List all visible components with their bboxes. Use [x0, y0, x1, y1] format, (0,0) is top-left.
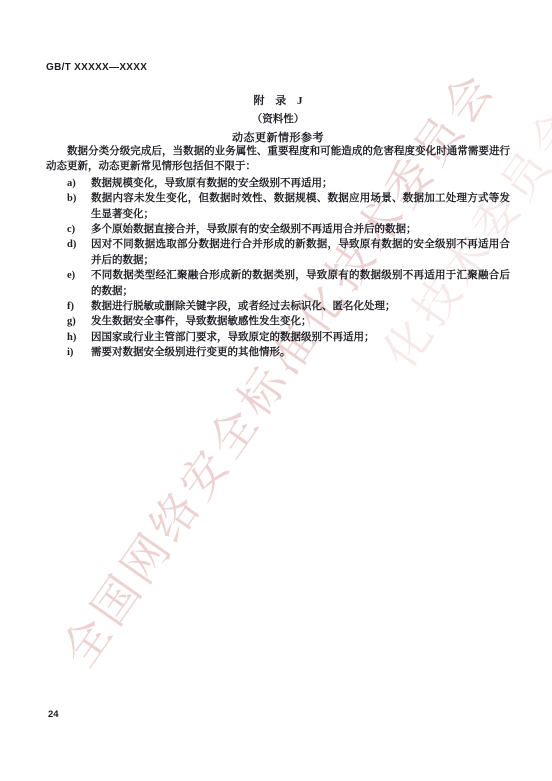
list-item: d) 因对不同数据选取部分数据进行合并形成的新数据，导致原有数据的安全级别不再适… — [46, 237, 510, 268]
intro-paragraph: 数据分类分级完成后，当数据的业务属性、重要程度和可能造成的危害程度变化时通常需要… — [46, 144, 510, 175]
list-item-marker: b) — [67, 191, 91, 222]
list-item-marker: i) — [67, 345, 91, 360]
list-item-text: 数据规模变化，导致原有数据的安全级别不再适用； — [91, 176, 510, 191]
list-item: h) 因国家或行业主管部门要求，导致原定的数据级别不再适用； — [46, 330, 510, 345]
appendix-title-block: 附 录 J （资料性） 动态更新情形参考 — [46, 92, 510, 145]
list-item-text: 数据进行脱敏或删除关键字段，或者经过去标识化、匿名化处理； — [91, 299, 510, 314]
list-item: b) 数据内容未发生变化，但数据时效性、数据规模、数据应用场景、数据加工处理方式… — [46, 191, 510, 222]
list-item: f) 数据进行脱敏或删除关键字段，或者经过去标识化、匿名化处理； — [46, 299, 510, 314]
list-item: c) 多个原始数据直接合并，导致原有的安全级别不再适用合并后的数据； — [46, 222, 510, 237]
list-item-marker: h) — [67, 330, 91, 345]
list-item: e) 不同数据类型经汇聚融合形成新的数据类别，导致原有的数据级别不再适用于汇聚融… — [46, 268, 510, 299]
list-item-marker: c) — [67, 222, 91, 237]
list-item-marker: d) — [67, 237, 91, 268]
appendix-heading: 附 录 J — [46, 92, 510, 108]
list-item-marker: g) — [67, 314, 91, 329]
list-item-marker: a) — [67, 176, 91, 191]
list-item-text: 数据内容未发生变化，但数据时效性、数据规模、数据应用场景、数据加工处理方式等发生… — [91, 191, 510, 222]
list-item-text: 因国家或行业主管部门要求，导致原定的数据级别不再适用； — [91, 330, 510, 345]
list-item: i) 需要对数据安全级别进行变更的其他情形。 — [46, 345, 510, 360]
situation-list: a) 数据规模变化，导致原有数据的安全级别不再适用； b) 数据内容未发生变化，… — [46, 176, 510, 361]
appendix-type: （资料性） — [46, 111, 510, 126]
list-item-text: 多个原始数据直接合并，导致原有的安全级别不再适用合并后的数据； — [91, 222, 510, 237]
list-item-text: 不同数据类型经汇聚融合形成新的数据类别，导致原有的数据级别不再适用于汇聚融合后的… — [91, 268, 510, 299]
list-item-text: 发生数据安全事件，导致数据敏感性发生变化； — [91, 314, 510, 329]
list-item-marker: f) — [67, 299, 91, 314]
list-item: a) 数据规模变化，导致原有数据的安全级别不再适用； — [46, 176, 510, 191]
list-item-text: 需要对数据安全级别进行变更的其他情形。 — [91, 345, 510, 360]
list-item-text: 因对不同数据选取部分数据进行合并形成的新数据，导致原有数据的安全级别不再适用合并… — [91, 237, 510, 268]
page-number: 24 — [48, 709, 59, 720]
appendix-name: 动态更新情形参考 — [46, 129, 510, 145]
document-page: 全国网络安全标准化技术委员会 化技术委员会 GB/T XXXXX—XXXX 附 … — [0, 0, 552, 781]
list-item: g) 发生数据安全事件，导致数据敏感性发生变化； — [46, 314, 510, 329]
standard-number: GB/T XXXXX—XXXX — [46, 62, 147, 73]
list-item-marker: e) — [67, 268, 91, 299]
body-content: 数据分类分级完成后，当数据的业务属性、重要程度和可能造成的危害程度变化时通常需要… — [46, 144, 510, 361]
